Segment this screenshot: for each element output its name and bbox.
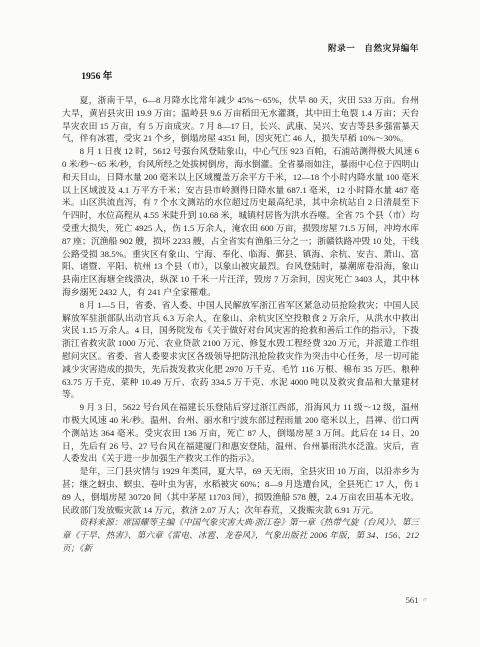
page-number: 561 <box>406 595 419 605</box>
paragraph-summer-drought: 夏，浙南干旱，6—8 月降水比常年减少 45%～65%，伏旱 80 天，灾田 5… <box>62 94 419 145</box>
book-page: 附录一 自然灾异编年 1956 年 夏，浙南干旱，6—8 月降水比常年减少 45… <box>0 0 480 647</box>
page-ornament-mark: 〃 <box>422 595 429 604</box>
paragraph-typhoon-5622: 9 月 3 日，5622 号台风在福建长乐登陆后穿过浙江西部，沿海风力 11 级… <box>62 401 419 465</box>
text-block: 1956 年 夏，浙南干旱，6—8 月降水比常年减少 45%～65%，伏旱 80… <box>62 68 419 555</box>
source-note: 资料来源：席国耀等主编《中国气象灾害大典·浙江卷》第一章《热带气旋（台风）》、第… <box>62 516 419 554</box>
running-head: 附录一 自然灾异编年 <box>62 42 419 54</box>
paragraph-sanmen-county: 是年，三门县灾情与 1929 年类同，夏大旱，69 天无雨，全县灾田 10 万亩… <box>62 465 419 516</box>
paragraph-typhoon-5612: 8 月 1 日夜 12 时，5612 号强台风登陆象山，中心气压 923 百帕，… <box>62 145 419 299</box>
section-heading-year: 1956 年 <box>62 68 419 82</box>
page-footer: 561〃 <box>62 595 428 605</box>
paragraph-rescue-relief: 8 月 1—5 日，省委、省人委、中国人民解放军浙江省军区紧急动员抢险救灾；中国… <box>62 299 419 401</box>
